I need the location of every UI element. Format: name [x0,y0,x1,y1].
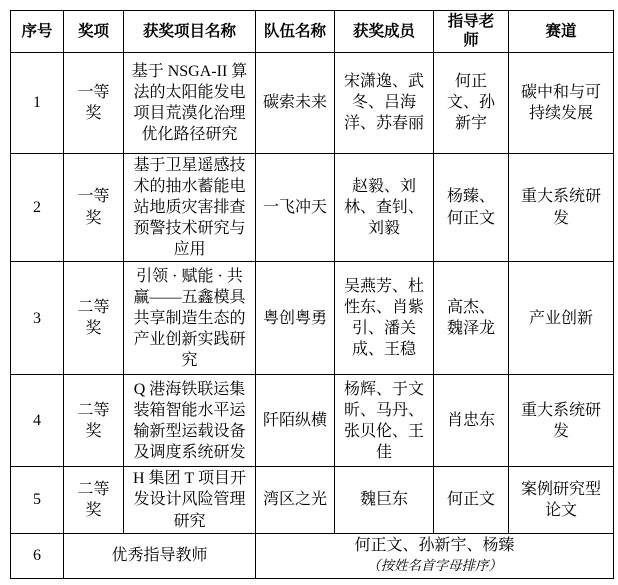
cell-members: 吴燕芳、杜性东、肖紫引、潘关成、王稳 [335,262,434,375]
cell-award: 二等奖 [64,262,124,375]
cell-project: 基于 NSGA-II 算法的太阳能发电项目荒漠化治理优化路径研究 [124,52,256,153]
cell-award: 二等奖 [64,467,124,533]
cell-members: 魏巨东 [335,467,434,533]
cell-members: 赵毅、刘林、查钊、刘毅 [335,153,434,262]
award-results-page: 序号 奖项 获奖项目名称 队伍名称 获奖成员 指导老师 赛道 1 一等奖 基于 … [0,0,618,585]
cell-project: Q 港海铁联运集装箱智能水平运输新型运载设备及调度系统研发 [124,375,256,467]
cell-excellent-teachers-names: 何正文、孙新宇、杨臻 （按姓名首字母排序） [256,533,614,578]
cell-award: 一等奖 [64,153,124,262]
cell-teachers: 杨臻、何正文 [434,153,509,262]
cell-members: 杨辉、于文昕、马丹、张贝伦、王佳 [335,375,434,467]
cell-teachers: 何正文、孙新宇 [434,52,509,153]
cell-team: 阡陌纵横 [256,375,335,467]
cell-teachers: 高杰、魏泽龙 [434,262,509,375]
cell-no: 4 [11,375,64,467]
sorting-note: （按姓名首字母排序） [262,556,607,576]
cell-project: 基于卫星遥感技术的抽水蓄能电站地质灾害排查预警技术研究与应用 [124,153,256,262]
cell-track: 案例研究型论文 [509,467,614,533]
cell-team: 一飞冲天 [256,153,335,262]
cell-track: 重大系统研发 [509,153,614,262]
cell-track: 产业创新 [509,262,614,375]
col-header-teachers: 指导老师 [434,11,509,53]
table-row: 3 二等奖 引领 · 赋能 · 共赢——五鑫模具共享制造生态的产业创新实践研究 … [11,262,614,375]
cell-no: 2 [11,153,64,262]
cell-no: 3 [11,262,64,375]
col-header-no: 序号 [11,11,64,53]
header-row: 序号 奖项 获奖项目名称 队伍名称 获奖成员 指导老师 赛道 [11,11,614,53]
cell-project: H 集团 T 项目开发设计风险管理研究 [124,467,256,533]
cell-team: 湾区之光 [256,467,335,533]
cell-no: 1 [11,52,64,153]
cell-team: 碳索未来 [256,52,335,153]
col-header-track: 赛道 [509,11,614,53]
cell-teachers: 何正文 [434,467,509,533]
table-row: 1 一等奖 基于 NSGA-II 算法的太阳能发电项目荒漠化治理优化路径研究 碳… [11,52,614,153]
col-header-members: 获奖成员 [335,11,434,53]
col-header-team: 队伍名称 [256,11,335,53]
cell-track: 碳中和与可持续发展 [509,52,614,153]
table-row: 2 一等奖 基于卫星遥感技术的抽水蓄能电站地质灾害排查预警技术研究与应用 一飞冲… [11,153,614,262]
cell-track: 重大系统研发 [509,375,614,467]
cell-award: 一等奖 [64,52,124,153]
cell-project: 引领 · 赋能 · 共赢——五鑫模具共享制造生态的产业创新实践研究 [124,262,256,375]
cell-award: 二等奖 [64,375,124,467]
cell-no: 5 [11,467,64,533]
cell-team: 粤创粤勇 [256,262,335,375]
award-table: 序号 奖项 获奖项目名称 队伍名称 获奖成员 指导老师 赛道 1 一等奖 基于 … [10,10,614,579]
cell-excellent-teachers-label: 优秀指导教师 [64,533,256,578]
table-row: 5 二等奖 H 集团 T 项目开发设计风险管理研究 湾区之光 魏巨东 何正文 案… [11,467,614,533]
cell-no: 6 [11,533,64,578]
cell-members: 宋潇逸、武冬、吕海洋、苏春丽 [335,52,434,153]
teacher-names: 何正文、孙新宇、杨臻 [262,535,607,557]
cell-teachers: 肖忠东 [434,375,509,467]
col-header-project: 获奖项目名称 [124,11,256,53]
col-header-award: 奖项 [64,11,124,53]
table-row-footer: 6 优秀指导教师 何正文、孙新宇、杨臻 （按姓名首字母排序） [11,533,614,578]
table-row: 4 二等奖 Q 港海铁联运集装箱智能水平运输新型运载设备及调度系统研发 阡陌纵横… [11,375,614,467]
